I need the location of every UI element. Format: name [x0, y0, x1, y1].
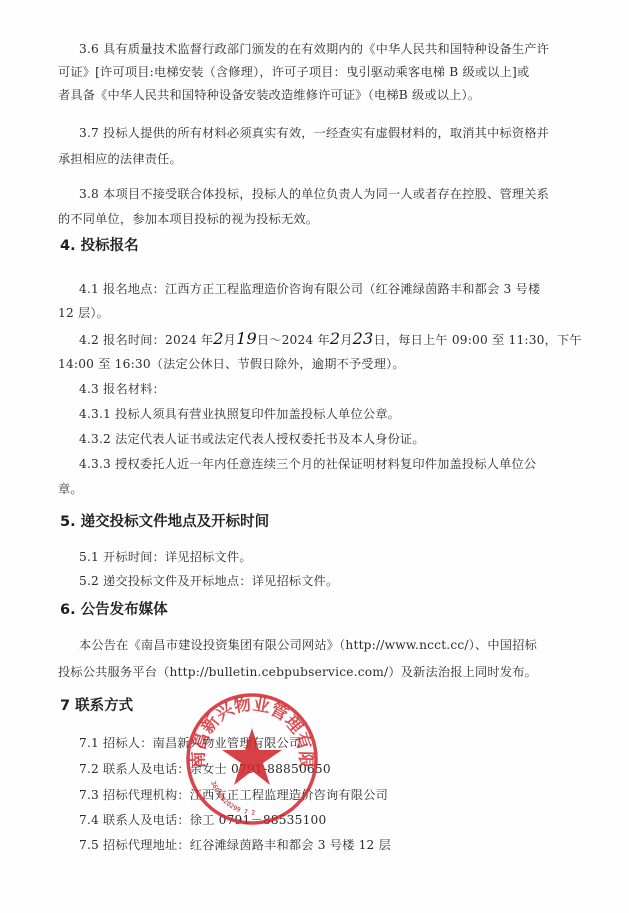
section-6-line-1: 本公告在《南昌市建设投资集团有限公司网站》（http://www.ncct.cc…	[79, 637, 591, 653]
handwritten-end-month: 2	[330, 329, 340, 348]
month-label-2: 月	[340, 333, 352, 347]
item-4-3-1: 4.3.1 投标人须具有营业执照复印件加盖投标人单位公章。	[79, 406, 591, 422]
item-4-3-3-line-2: 章。	[58, 481, 570, 497]
clause-3-6-line-1: 3.6 具有质量技术监督行政部门颁发的在有效期内的《中华人民共和国特种设备生产许	[79, 41, 591, 57]
item-7-1: 7.1 招标人：南昌新兴物业管理有限公司	[79, 735, 591, 751]
item-4-2-suffix: 日，每日上午 09:00 至 11:30，下午	[373, 333, 581, 347]
item-7-4: 7.4 联系人及电话：徐工 0791－88535100	[79, 812, 591, 828]
item-4-2-prefix: 4.2 报名时间：2024 年	[79, 333, 213, 347]
item-7-5: 7.5 招标代理地址：红谷滩绿茵路丰和都会 3 号楼 12 层	[79, 837, 591, 853]
official-seal: 南昌新兴物业管理有限公司 36010020299 7 2	[183, 690, 321, 828]
handwritten-start-month: 2	[213, 329, 223, 348]
day-label: 日～2024 年	[257, 333, 330, 347]
clause-3-7-line-1: 3.7 投标人提供的所有材料必须真实有效，一经查实有虚假材料的，取消其中标资格并	[79, 125, 591, 141]
item-7-3: 7.3 招标代理机构：江西方正工程监理造价咨询有限公司	[79, 787, 591, 803]
section-6-heading: 6. 公告发布媒体	[60, 601, 168, 619]
section-6-line-2: 投标公共服务平台（http://bulletin.cebpubservice.c…	[58, 664, 570, 680]
item-4-3: 4.3 报名材料：	[79, 381, 591, 397]
clause-3-8-line-2: 的不同单位，参加本项目投标的视为投标无效。	[58, 211, 570, 227]
section-5-heading: 5. 递交投标文件地点及开标时间	[60, 513, 269, 531]
month-label: 月	[224, 333, 236, 347]
document-page: 3.6 具有质量技术监督行政部门颁发的在有效期内的《中华人民共和国特种设备生产许…	[0, 0, 629, 913]
section-7-heading: 7 联系方式	[60, 697, 133, 715]
item-4-2-line-2: 14:00 至 16:30（法定公休日、节假日除外，逾期不予受理）。	[58, 356, 570, 372]
clause-3-8-line-1: 3.8 本项目不接受联合体投标，投标人的单位负责人为同一人或者存在控股、管理关系	[79, 186, 591, 202]
seal-icon: 南昌新兴物业管理有限公司 36010020299 7 2	[183, 690, 321, 828]
item-4-2-line-1: 4.2 报名时间：2024 年2月19日～2024 年2月23日，每日上午 09…	[79, 331, 591, 348]
clause-3-6-line-2: 可证》[许可项目:电梯安装（含修理），许可子项目：曳引驱动乘客电梯 B 级或以上…	[58, 64, 570, 80]
handwritten-start-day: 19	[236, 329, 257, 348]
handwritten-end-day: 23	[353, 329, 374, 348]
item-7-2: 7.2 联系人及电话：余女士 0791-88850650	[79, 761, 591, 777]
item-5-2: 5.2 递交投标文件及开标地点：详见招标文件。	[79, 573, 591, 589]
item-4-1-line-1: 4.1 报名地点：江西方正工程监理造价咨询有限公司（红谷滩绿茵路丰和都会 3 号…	[79, 281, 591, 297]
clause-3-6-line-3: 者具备《中华人民共和国特种设备安装改造维修许可证》（电梯B 级或以上）。	[58, 87, 570, 103]
section-4-heading: 4. 投标报名	[60, 237, 139, 255]
item-4-1-line-2: 12 层）。	[58, 305, 570, 321]
item-4-3-3-line-1: 4.3.3 授权委托人近一年内任意连续三个月的社保证明材料复印件加盖投标人单位公	[79, 456, 591, 472]
clause-3-7-line-2: 承担相应的法律责任。	[58, 151, 570, 167]
item-4-3-2: 4.3.2 法定代表人证书或法定代表人授权委托书及本人身份证。	[79, 431, 591, 447]
item-5-1: 5.1 开标时间：详见招标文件。	[79, 549, 591, 565]
